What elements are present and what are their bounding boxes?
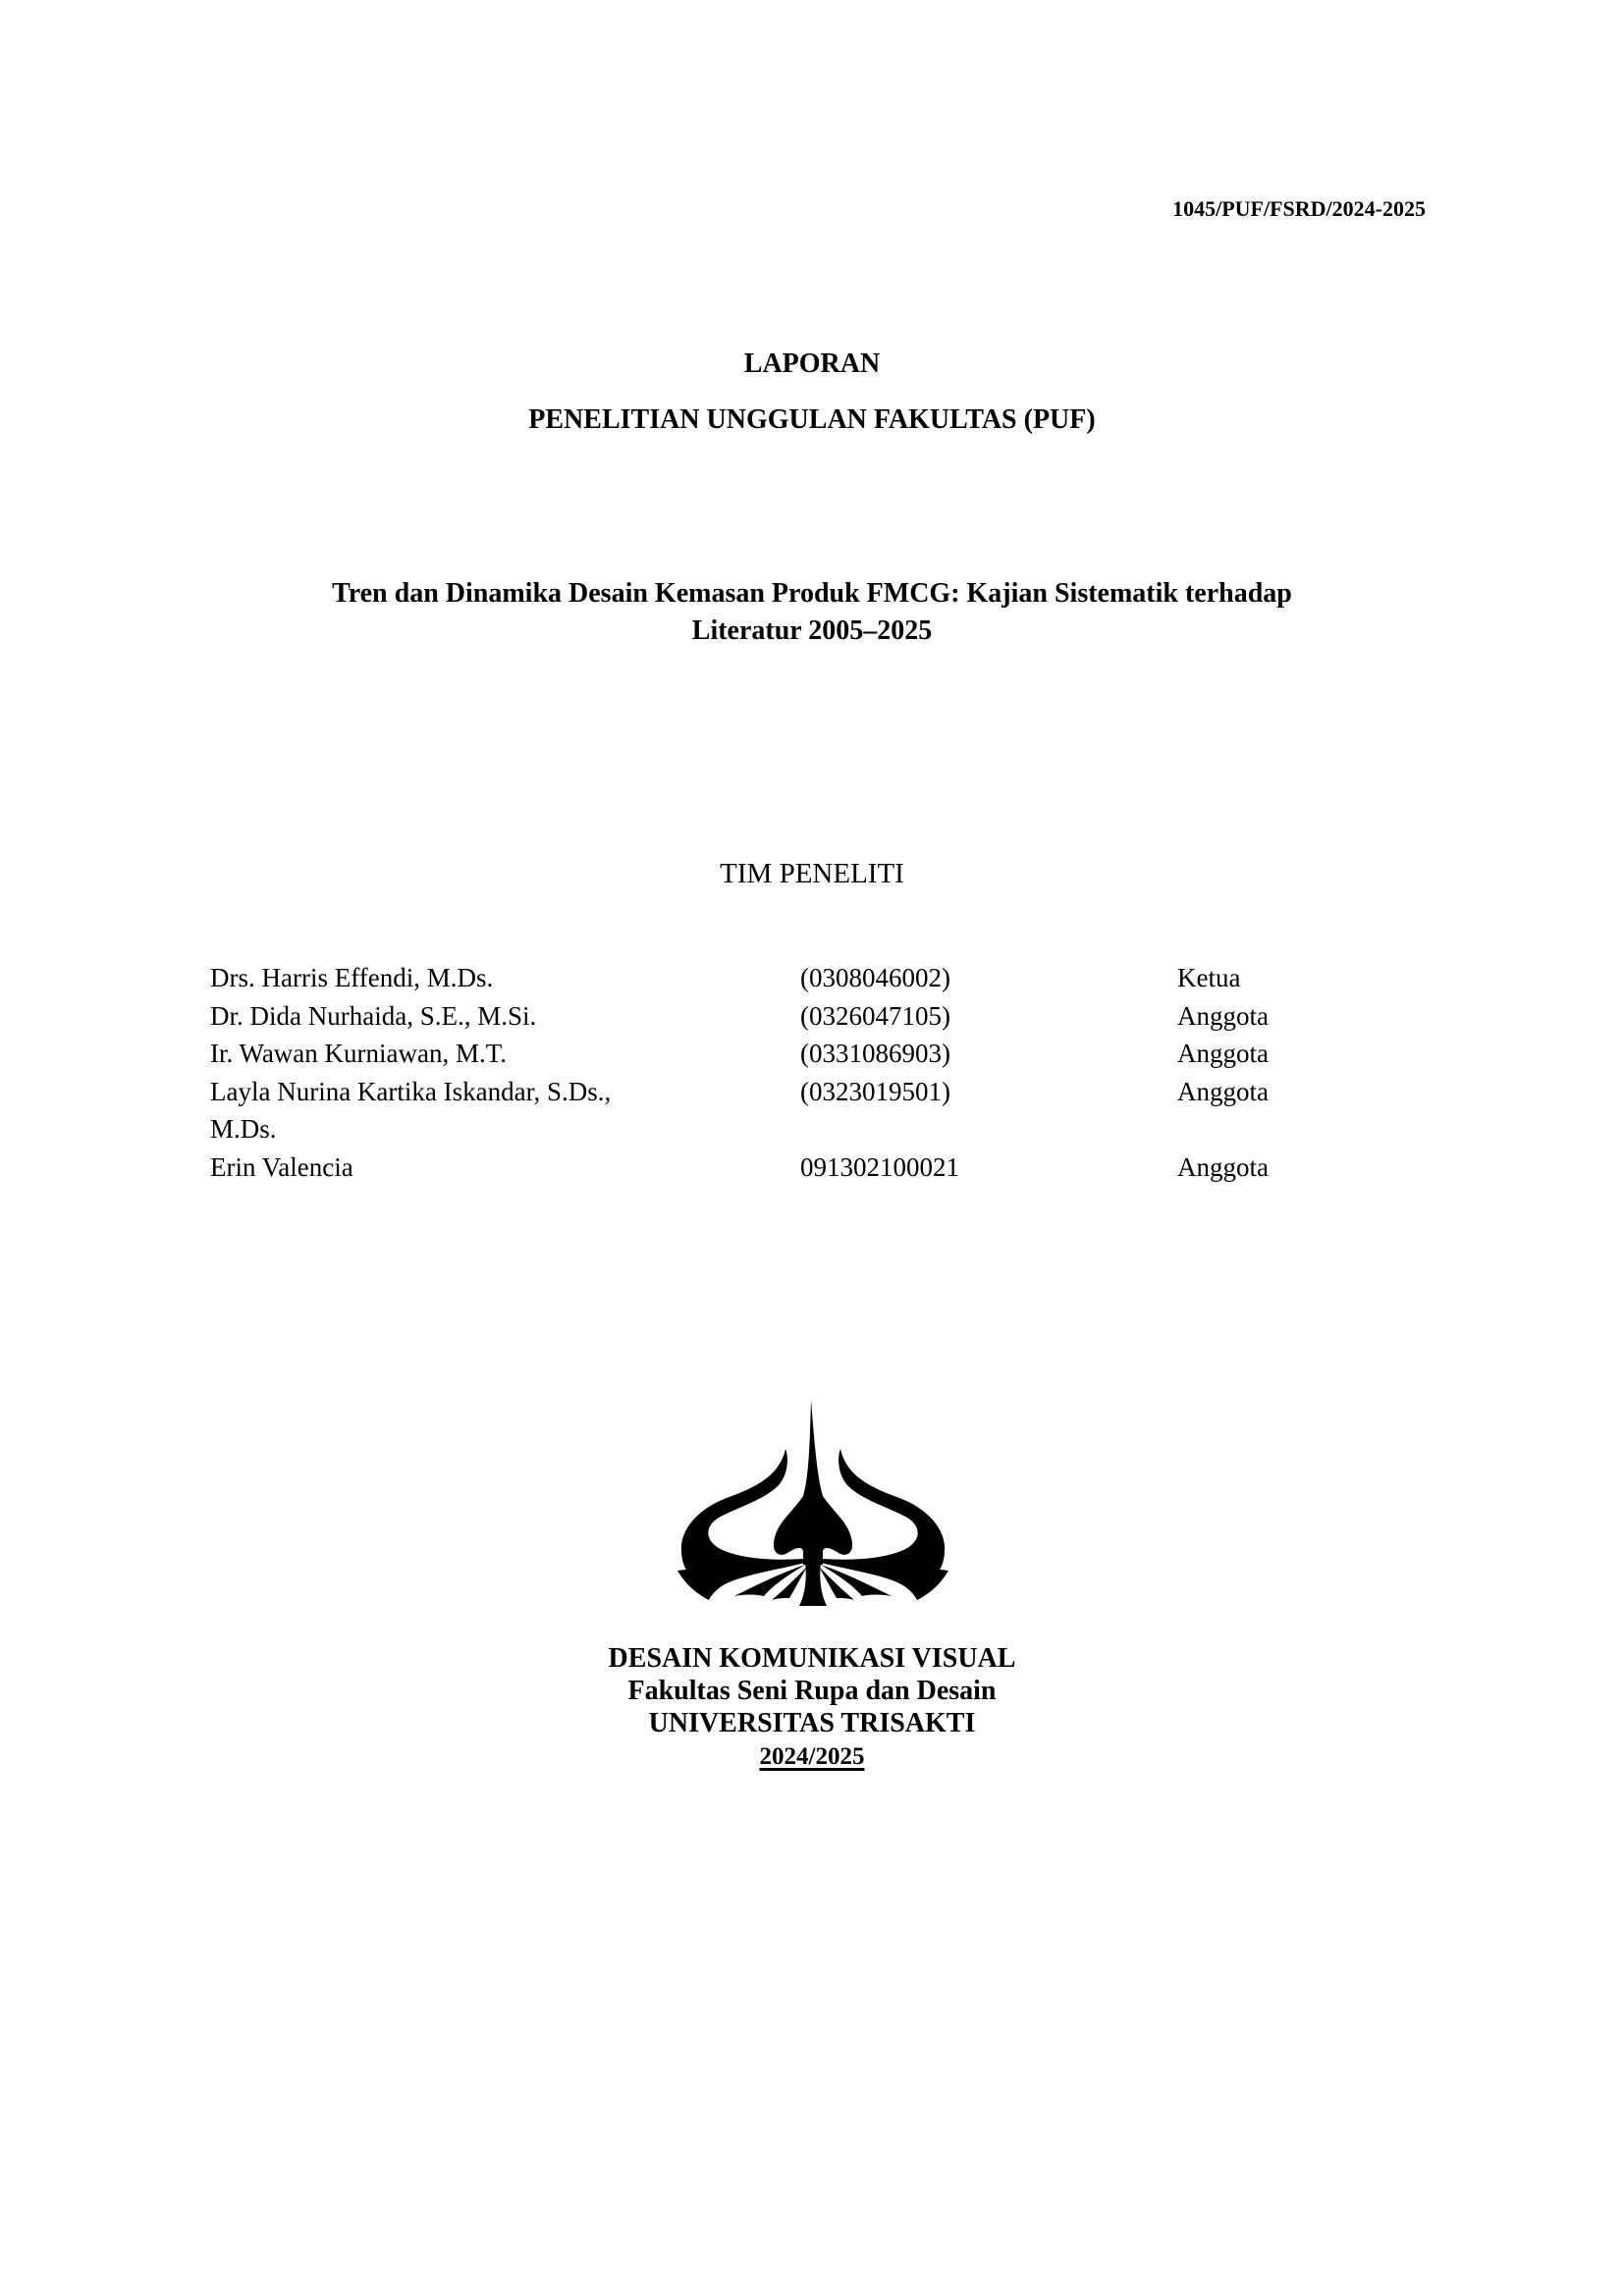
- institution-block: DESAIN KOMUNIKASI VISUAL Fakultas Seni R…: [0, 1642, 1624, 1773]
- member-role: Anggota: [1177, 1148, 1374, 1187]
- team-table: Drs. Harris Effendi, M.Ds. (0308046002) …: [210, 959, 1374, 1187]
- member-role: Anggota: [1177, 1073, 1374, 1148]
- report-program: PENELITIAN UNGGULAN FAKULTAS (PUF): [0, 404, 1624, 436]
- member-name: Drs. Harris Effendi, M.Ds.: [210, 959, 800, 997]
- report-label: LAPORAN: [0, 348, 1624, 380]
- department-name: DESAIN KOMUNIKASI VISUAL: [0, 1642, 1624, 1675]
- university-emblem-icon: [676, 1398, 950, 1609]
- member-id: (0323019501): [800, 1073, 1177, 1148]
- member-name: Dr. Dida Nurhaida, S.E., M.Si.: [210, 997, 800, 1036]
- team-member-row: Erin Valencia 091302100021 Anggota: [210, 1148, 1374, 1187]
- member-id: (0308046002): [800, 959, 1177, 997]
- member-id: 091302100021: [800, 1148, 1177, 1187]
- research-title-line-2: Literatur 2005–2025: [196, 613, 1428, 650]
- team-member-row: Drs. Harris Effendi, M.Ds. (0308046002) …: [210, 959, 1374, 997]
- university-name: UNIVERSITAS TRISAKTI: [0, 1707, 1624, 1739]
- member-name: Layla Nurina Kartika Iskandar, S.Ds., M.…: [210, 1073, 800, 1148]
- team-member-row: Ir. Wawan Kurniawan, M.T. (0331086903) A…: [210, 1035, 1374, 1073]
- member-role: Anggota: [1177, 1035, 1374, 1073]
- team-heading: TIM PENELITI: [0, 858, 1624, 890]
- member-id: (0331086903): [800, 1035, 1177, 1073]
- faculty-name: Fakultas Seni Rupa dan Desain: [0, 1675, 1624, 1707]
- member-role: Ketua: [1177, 959, 1374, 997]
- research-title: Tren dan Dinamika Desain Kemasan Produk …: [196, 575, 1428, 650]
- research-title-line-1: Tren dan Dinamika Desain Kemasan Produk …: [196, 575, 1428, 613]
- team-member-row: Dr. Dida Nurhaida, S.E., M.Si. (03260471…: [210, 997, 1374, 1036]
- member-name: Ir. Wawan Kurniawan, M.T.: [210, 1035, 800, 1073]
- document-number: 1045/PUF/FSRD/2024-2025: [1172, 196, 1426, 222]
- member-id: (0326047105): [800, 997, 1177, 1036]
- member-role: Anggota: [1177, 997, 1374, 1036]
- member-name: Erin Valencia: [210, 1148, 800, 1187]
- team-member-row: Layla Nurina Kartika Iskandar, S.Ds., M.…: [210, 1073, 1374, 1148]
- academic-year: 2024/2025: [760, 1743, 865, 1770]
